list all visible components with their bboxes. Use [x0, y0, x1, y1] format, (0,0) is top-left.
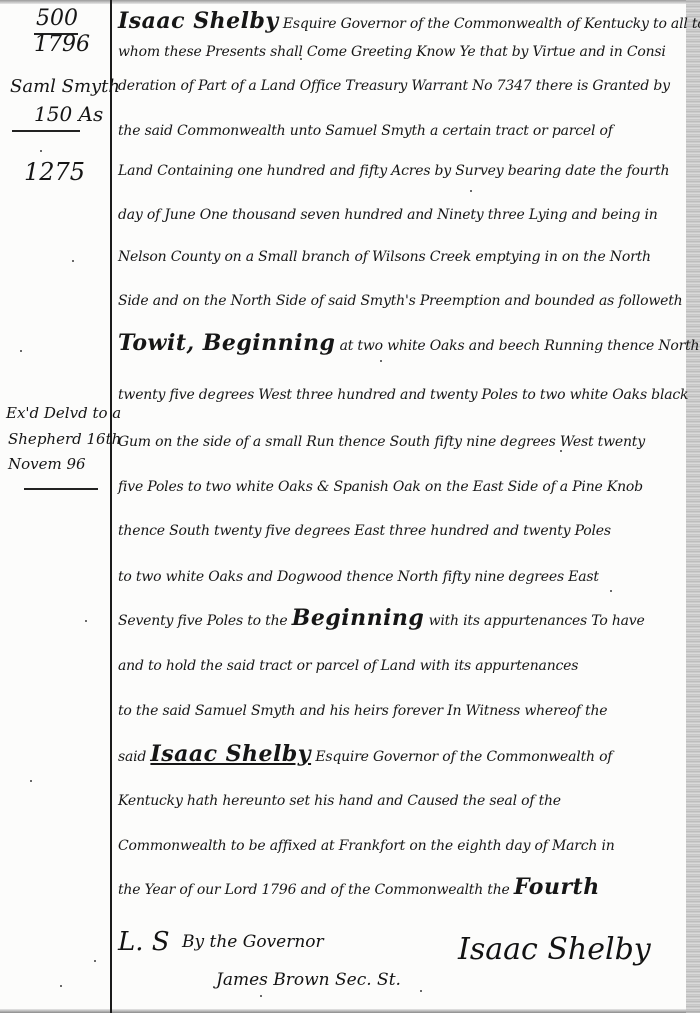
attestation-text: By the Governor [182, 932, 324, 952]
text-line-8: Side and on the North Side of said Smyth… [118, 293, 683, 309]
text-line-3: deration of Part of a Land Office Treasu… [118, 78, 670, 94]
text-line-11: Gum on the side of a small Run thence So… [118, 434, 645, 450]
acreage: 150 As [34, 102, 103, 126]
text-line-2: whom these Presents shall Come Greeting … [118, 44, 666, 60]
record-year: 1796 [34, 32, 90, 57]
grant-body-text: Isaac Shelby Esquire Governor of the Com… [118, 0, 686, 1013]
grantee-name: Saml Smyth [10, 76, 120, 97]
delivery-note-line3: Novem 96 [8, 455, 86, 473]
text-line-13: thence South twenty five degrees East th… [118, 523, 611, 539]
margin-rule-line [110, 0, 112, 1013]
text-line-18: said Isaac Shelby Esquire Governor of th… [118, 741, 612, 767]
seal-mark: L. S [118, 927, 170, 957]
text-line-20: Commonwealth to be affixed at Frankfort … [118, 838, 615, 854]
text-line-19: Kentucky hath hereunto set his hand and … [118, 793, 561, 809]
governor-signature: Isaac Shelby [458, 932, 651, 967]
text-line-17: to the said Samuel Smyth and his heirs f… [118, 703, 607, 719]
text-line-5: Land Containing one hundred and fifty Ac… [118, 163, 669, 179]
text-line-12: five Poles to two white Oaks & Spanish O… [118, 479, 643, 495]
record-number: 500 [36, 6, 78, 31]
page-right-binding-edge [686, 0, 700, 1013]
margin-divider [12, 130, 80, 132]
delivery-note-line2: Shepherd 16th [8, 430, 121, 448]
text-line-14: to two white Oaks and Dogwood thence Nor… [118, 569, 599, 585]
text-line-1: Isaac Shelby Esquire Governor of the Com… [118, 8, 700, 34]
text-line-9: Towit, Beginning at two white Oaks and b… [118, 330, 699, 356]
scanned-document-page: 500 1796 Saml Smyth 150 As 1275 Ex'd Del… [0, 0, 700, 1013]
secretary-signature: James Brown Sec. St. [216, 970, 401, 990]
text-line-7: Nelson County on a Small branch of Wilso… [118, 249, 651, 265]
text-line-15: Seventy five Poles to the Beginning with… [118, 605, 645, 631]
text-line-21: the Year of our Lord 1796 and of the Com… [118, 874, 600, 900]
margin-divider-2 [24, 488, 98, 490]
page-number: 1275 [24, 158, 85, 186]
text-line-10: twenty five degrees West three hundred a… [118, 387, 688, 403]
text-line-6: day of June One thousand seven hundred a… [118, 207, 658, 223]
text-line-16: and to hold the said tract or parcel of … [118, 658, 578, 674]
delivery-note-line1: Ex'd Delvd to a [6, 404, 121, 422]
text-line-4: the said Commonwealth unto Samuel Smyth … [118, 123, 613, 139]
left-margin-notes: 500 1796 Saml Smyth 150 As 1275 Ex'd Del… [0, 0, 108, 1013]
